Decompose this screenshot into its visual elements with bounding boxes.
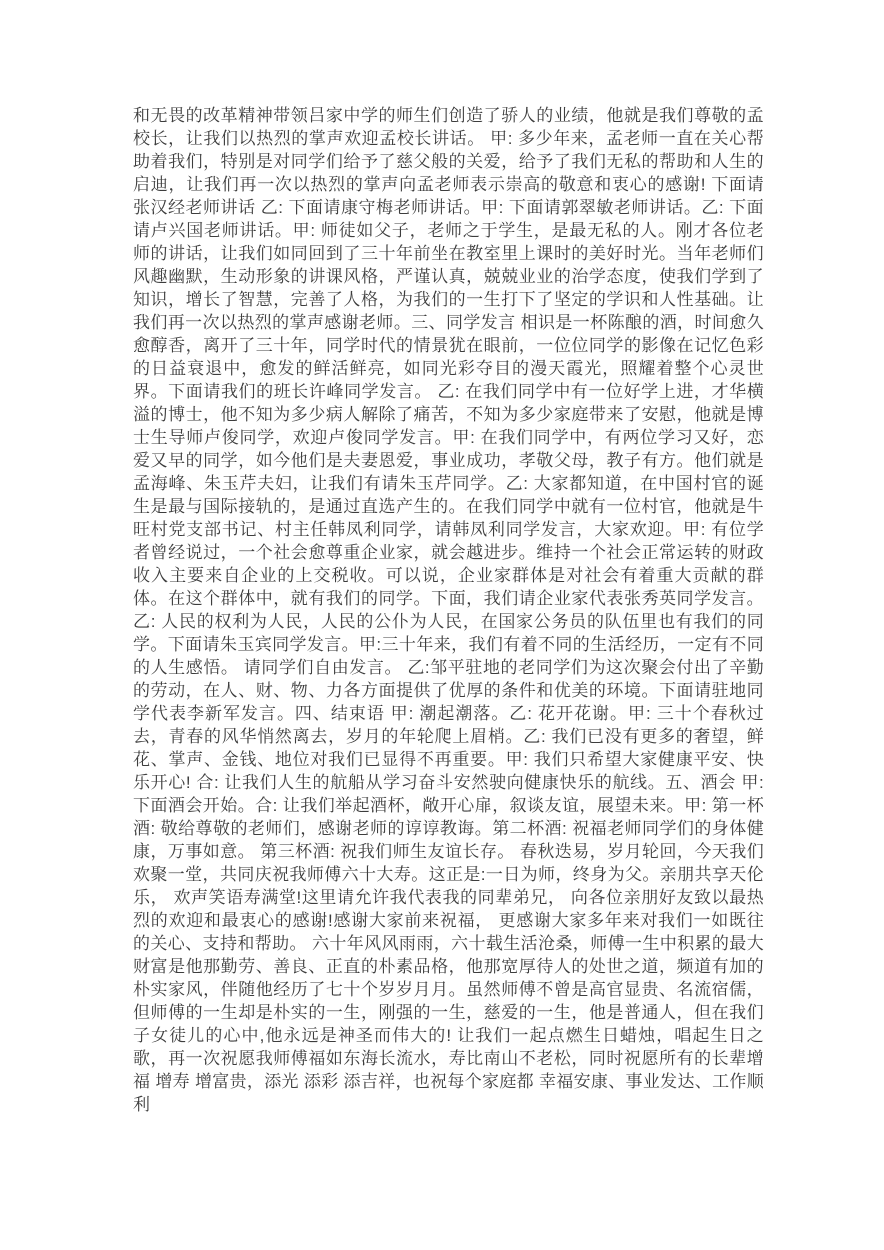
document-page: 和无畏的改革精神带领吕家中学的师生们创造了骄人的业绩，他就是我们尊敬的孟校长，让… [0,0,884,1250]
document-body-text: 和无畏的改革精神带领吕家中学的师生们创造了骄人的业绩，他就是我们尊敬的孟校长，让… [133,104,764,1116]
